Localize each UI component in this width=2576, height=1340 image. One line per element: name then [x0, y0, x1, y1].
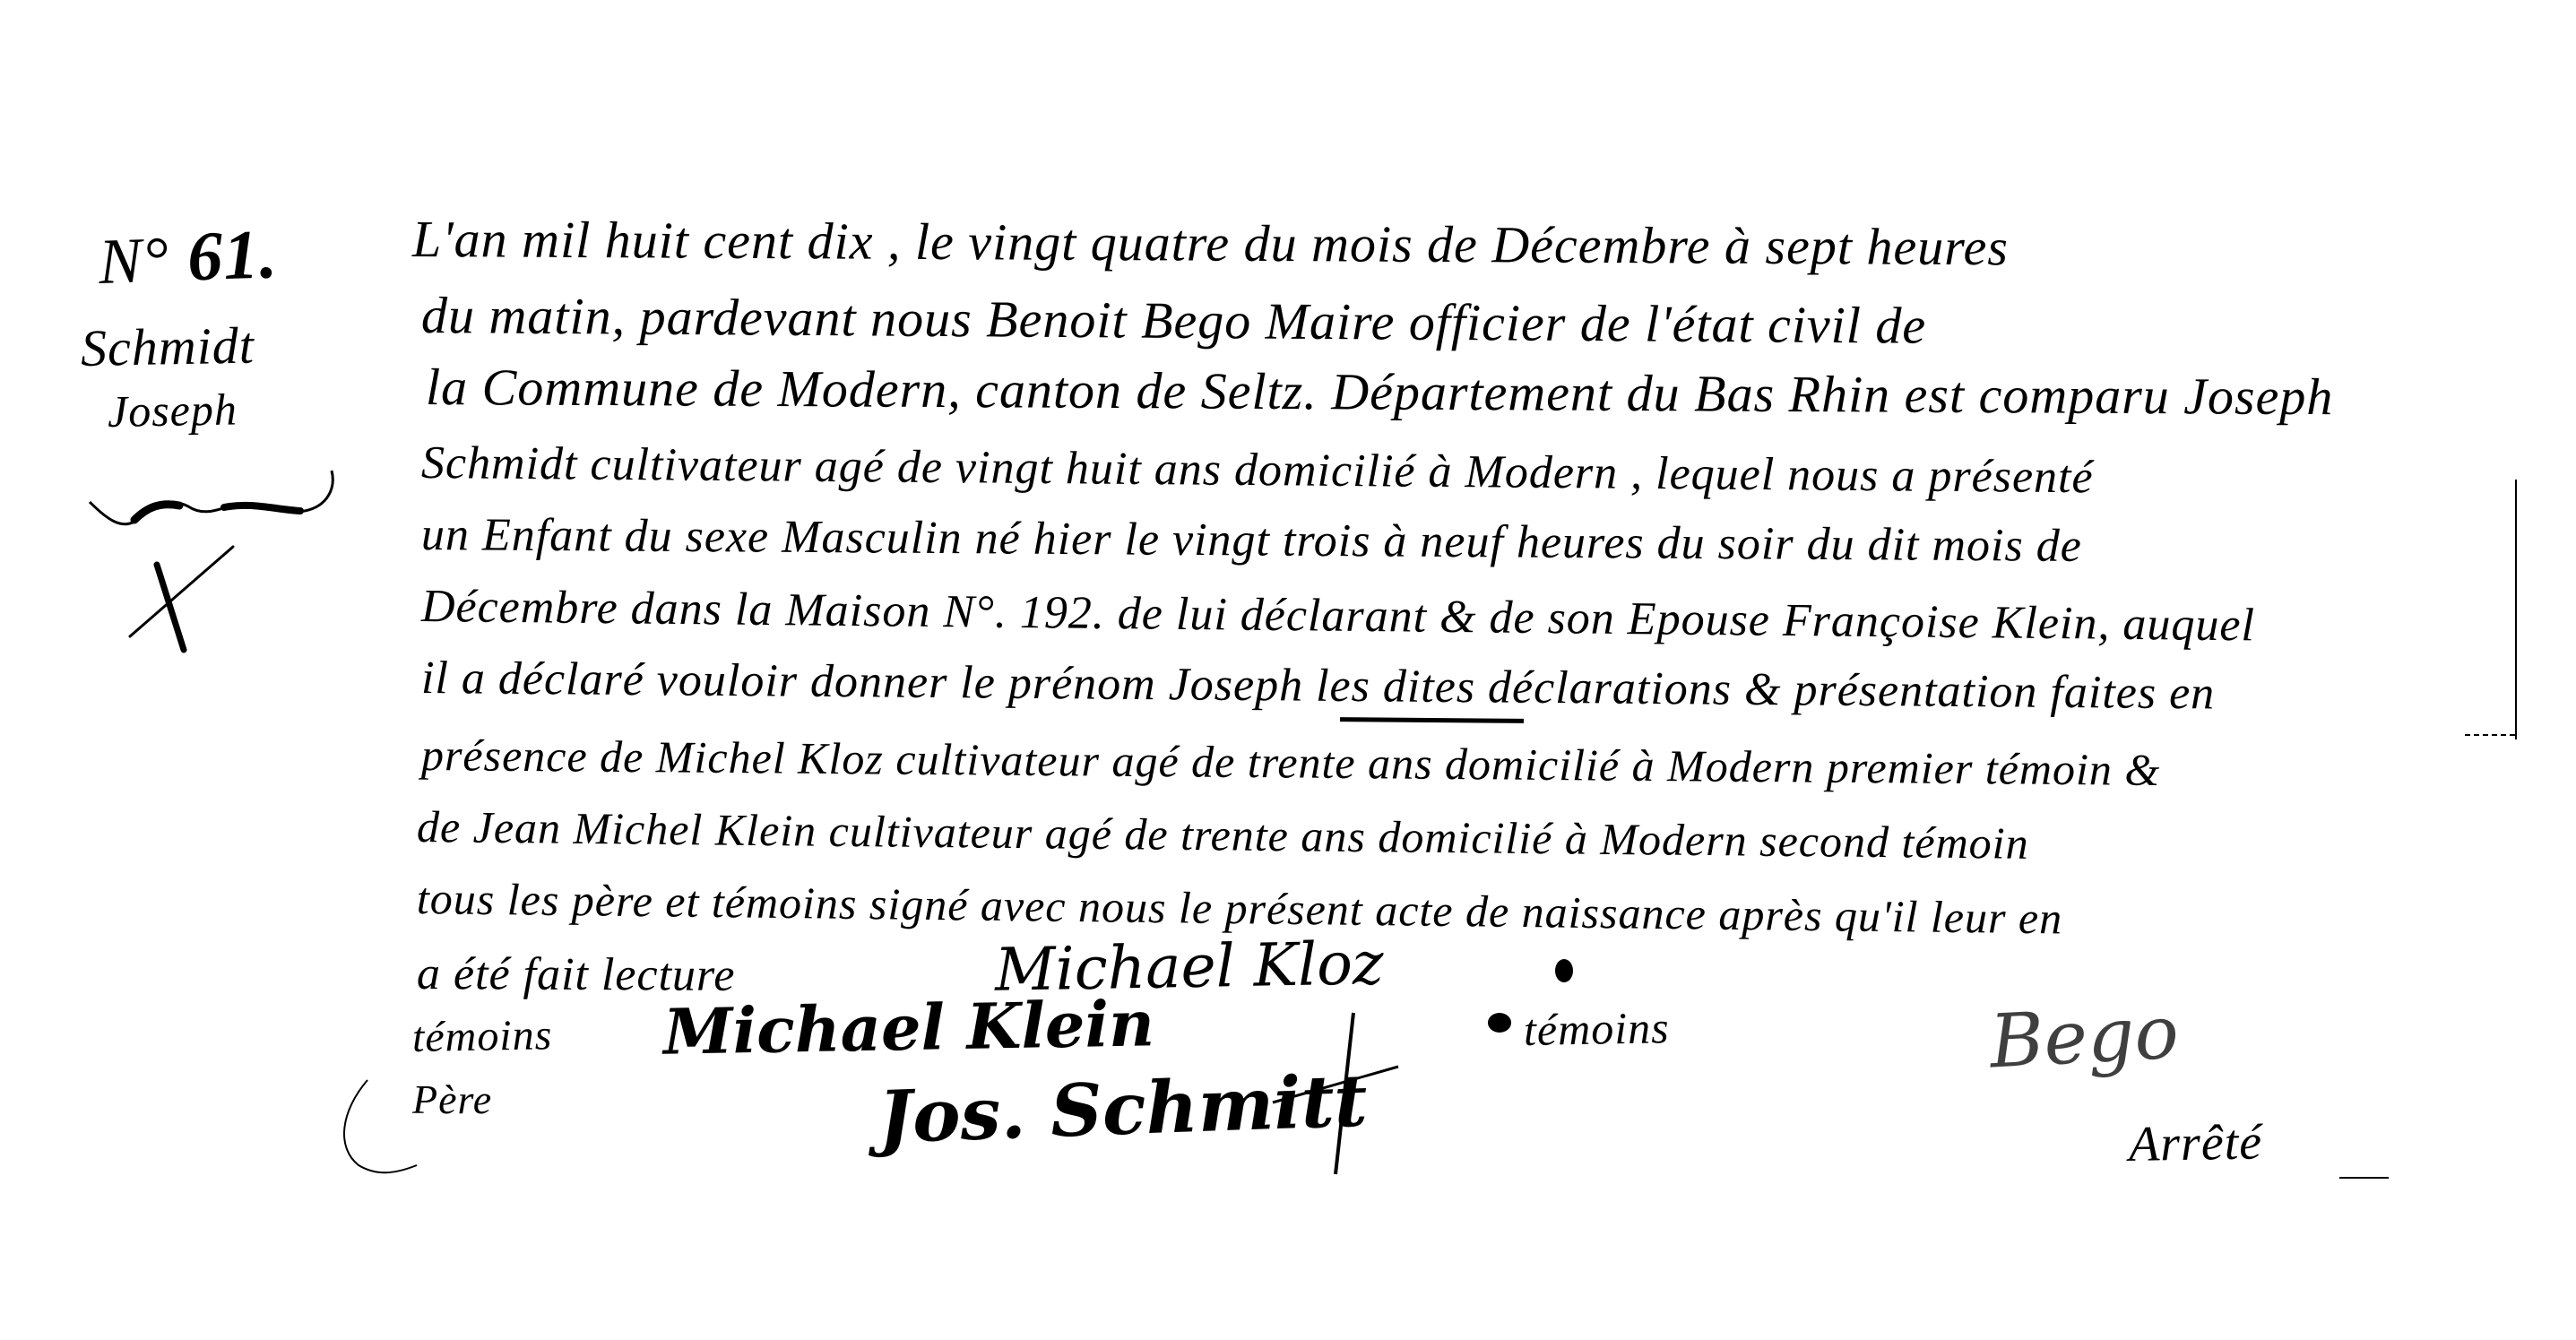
ink-blot	[1555, 959, 1573, 982]
body-line-5: un Enfant du sexe Masculin né hier le vi…	[421, 506, 2082, 575]
x-mark-icon	[121, 493, 255, 654]
body-line-7: il a déclaré vouloir donner le prénom Jo…	[421, 650, 2216, 722]
record-number-value: 61.	[186, 214, 279, 295]
record-number: N° 61.	[97, 213, 279, 300]
body-line-2: du matin, pardevant nous Benoit Bego Mai…	[421, 287, 1927, 355]
body-line-4: Schmidt cultivateur agé de vingt huit an…	[421, 435, 2094, 506]
right-margin-bracket-bottom	[2465, 734, 2515, 736]
body-line-1: L'an mil huit cent dix , le vingt quatre…	[412, 211, 2009, 276]
joseph-underline	[1340, 717, 1524, 723]
closing-underline	[2339, 1177, 2389, 1179]
ink-blot-2	[1488, 1013, 1511, 1033]
closing-arrete: Arrêté	[2128, 1113, 2262, 1173]
witnesses-label-right: témoins	[1523, 1001, 1670, 1056]
body-line-3: la Commune de Modern, canton de Seltz. D…	[426, 359, 2334, 426]
father-cross-mark-icon	[1237, 1004, 1416, 1183]
margin-surname: Schmidt	[80, 316, 255, 378]
father-label-flourish-icon	[332, 1076, 430, 1183]
margin-given-name: Joseph	[107, 383, 238, 437]
document-page: N° 61. Schmidt Joseph L'an mil huit cent…	[0, 0, 2576, 1340]
body-line-9: de Jean Michel Klein cultivateur agé de …	[417, 798, 2029, 872]
signature-witness-2: Michael Klein	[662, 986, 1154, 1069]
record-number-prefix: N°	[98, 223, 171, 298]
right-margin-bracket	[2510, 480, 2517, 739]
body-line-6: Décembre dans la Maison N°. 192. de lui …	[421, 578, 2256, 654]
signature-mayor: Bego	[1988, 990, 2181, 1085]
witnesses-label-left: témoins	[412, 1010, 553, 1062]
body-line-8: présence de Michel Kloz cultivateur agé …	[421, 726, 2161, 799]
